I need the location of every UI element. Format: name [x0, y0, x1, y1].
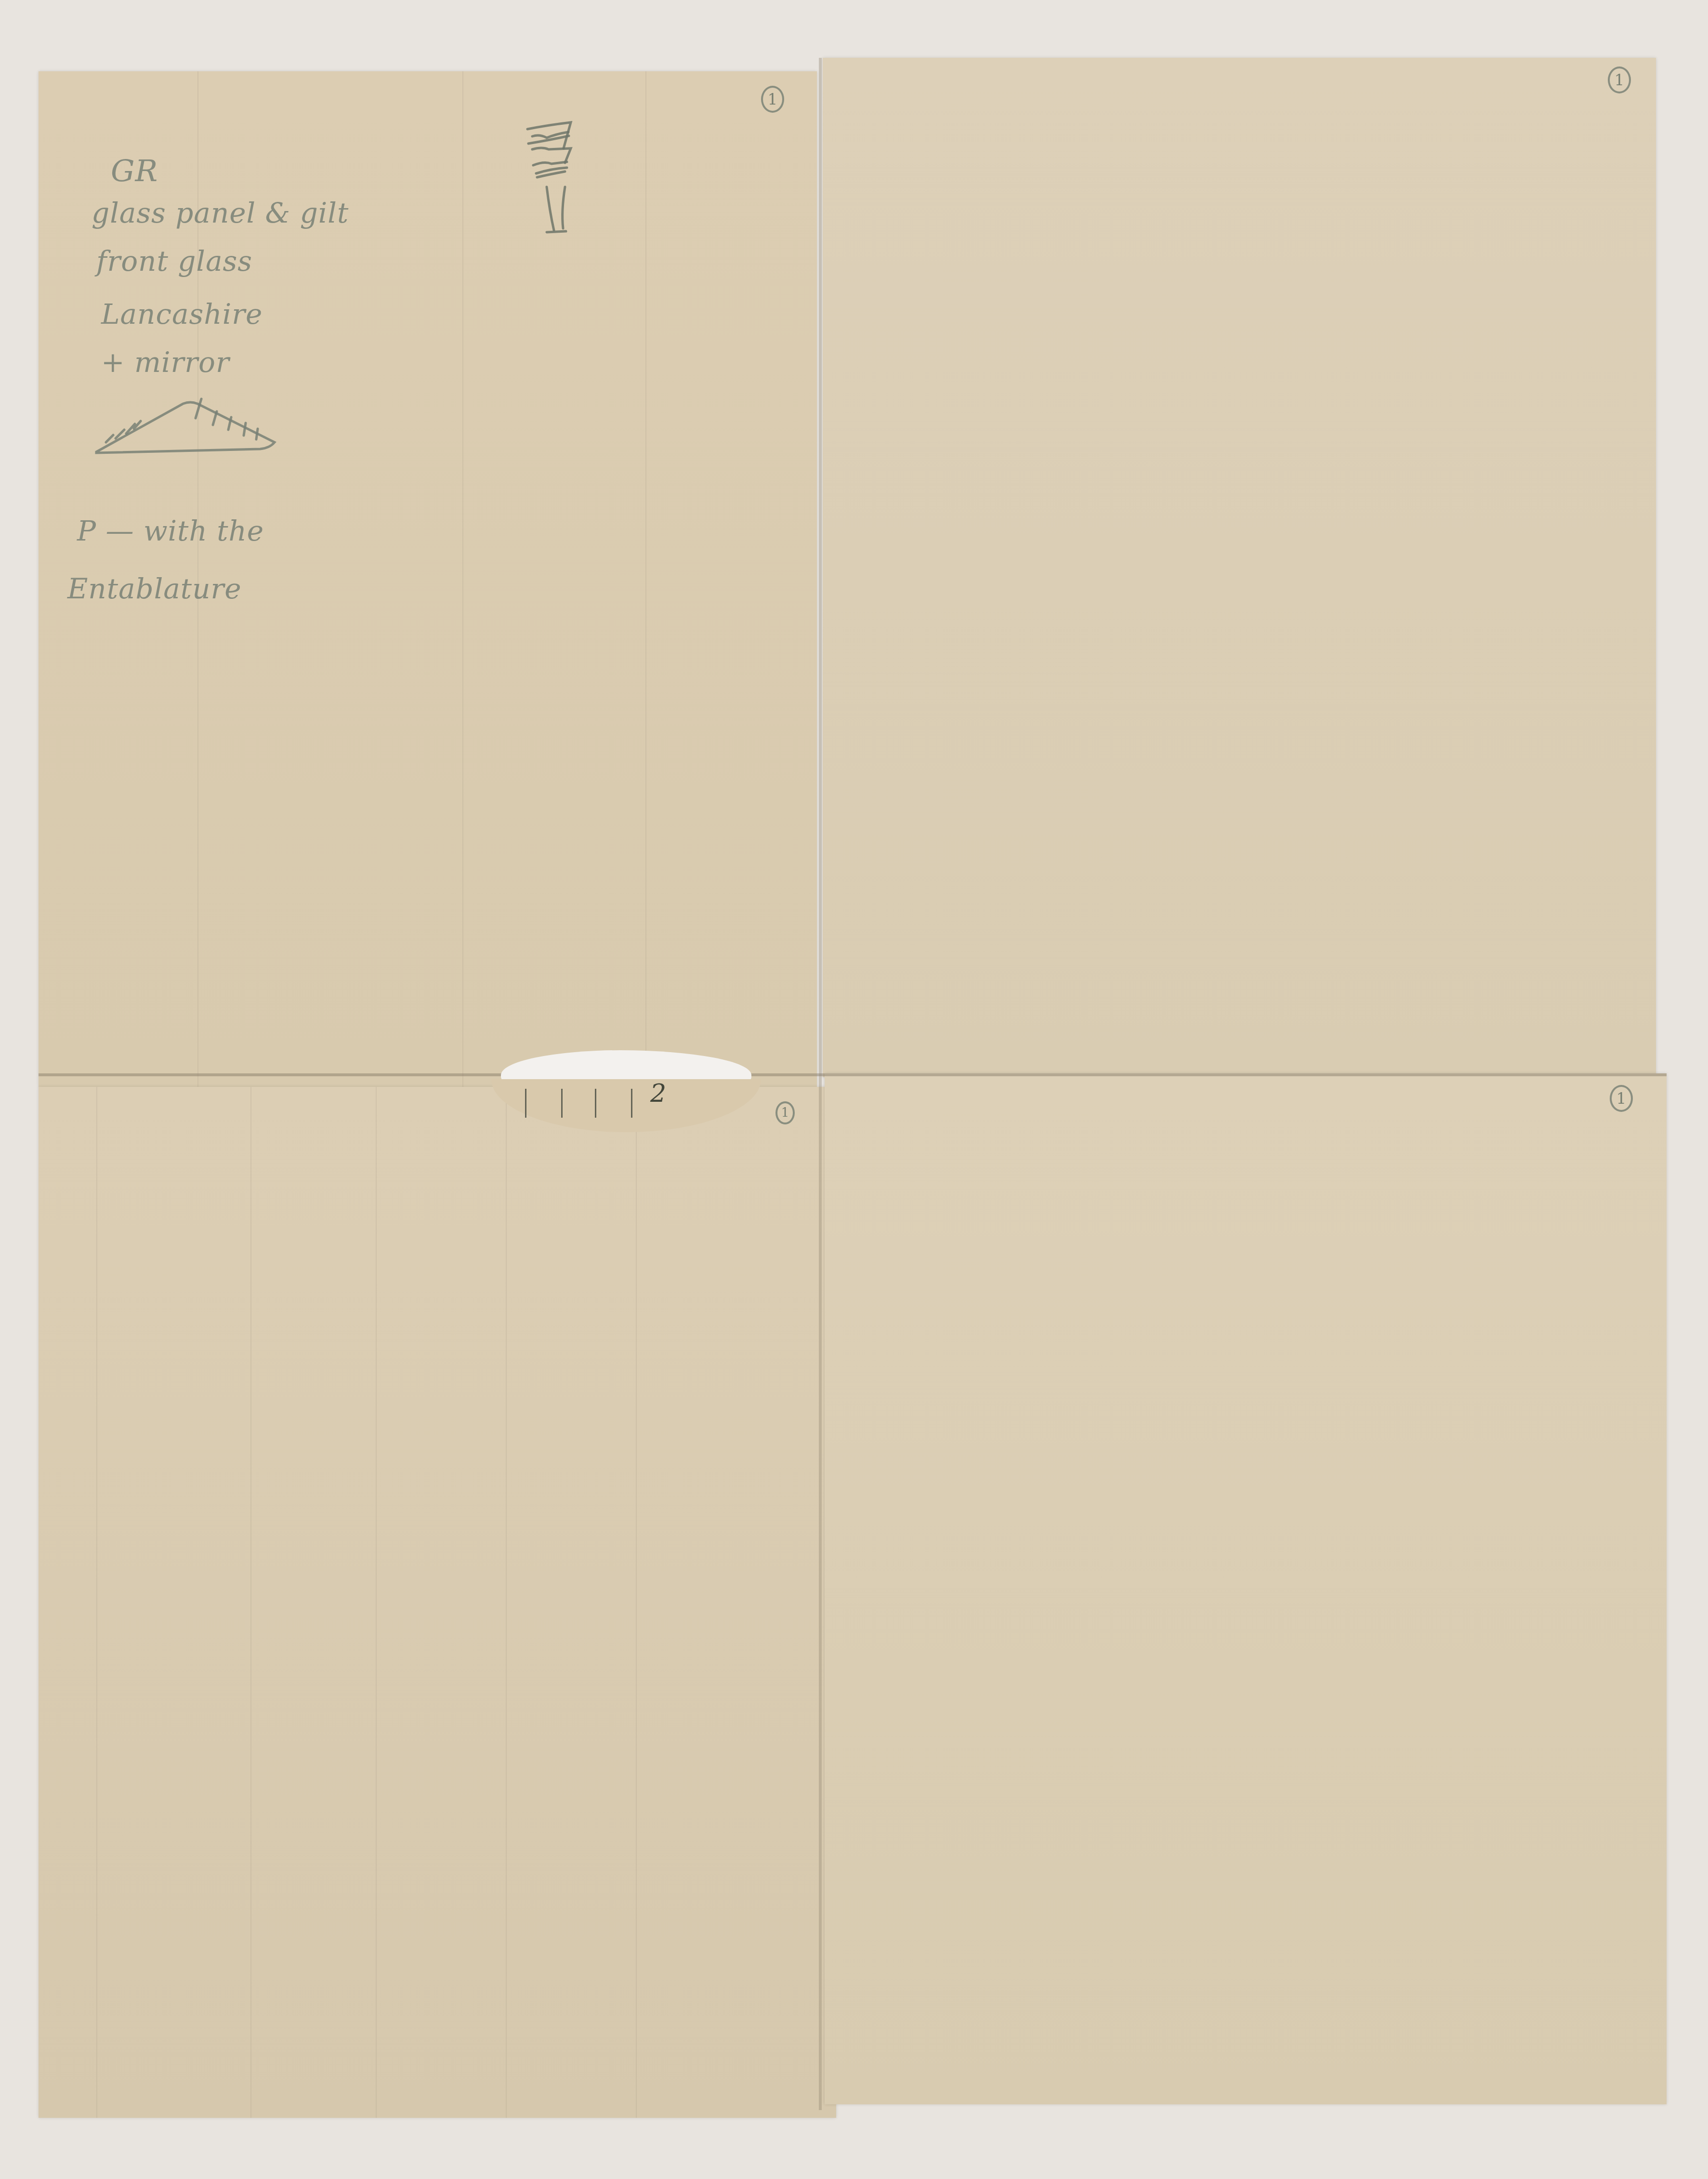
note-line: + mirror: [101, 346, 230, 379]
ruled-line: [250, 1087, 251, 2118]
pediment-sketch-icon: [87, 389, 308, 466]
ruled-line: [506, 1087, 507, 2118]
ruled-line: [462, 71, 463, 1087]
ruled-line: [376, 1087, 377, 2118]
tear-visible-number: 2: [650, 1079, 666, 1108]
ruled-tick: [595, 1089, 596, 1118]
note-line: glass panel & gilt: [92, 197, 349, 229]
ruled-tick: [525, 1089, 526, 1118]
sheet-top-left: 1 GR glass panel & gilt front glass Lanc…: [39, 71, 817, 1087]
ruled-line: [636, 1087, 637, 2118]
ruled-tick: [561, 1089, 563, 1118]
sheet-top-right: 1: [823, 58, 1656, 1077]
note-line: GR: [111, 153, 158, 188]
note-line: Lancashire: [101, 298, 263, 330]
page-number-circled: 1: [775, 1101, 795, 1124]
ruled-line: [645, 71, 646, 1087]
sheet-bottom-left: 1: [39, 1087, 836, 2118]
page-number-circled: 1: [761, 86, 784, 113]
ruled-line: [96, 1087, 97, 2118]
sheet-bottom-right: 1: [825, 1073, 1667, 2104]
note-line: Entablature: [67, 572, 242, 605]
note-line: front glass: [96, 245, 252, 277]
page-number-circled: 1: [1608, 66, 1631, 93]
note-line: P — with the: [77, 515, 264, 547]
page-number-circled: 1: [1610, 1085, 1633, 1112]
horizontal-fold-line: [39, 1073, 1667, 1076]
column-capital-sketch-icon: [523, 115, 576, 240]
vertical-fold-line: [819, 58, 822, 2110]
ruled-tick: [631, 1089, 632, 1118]
